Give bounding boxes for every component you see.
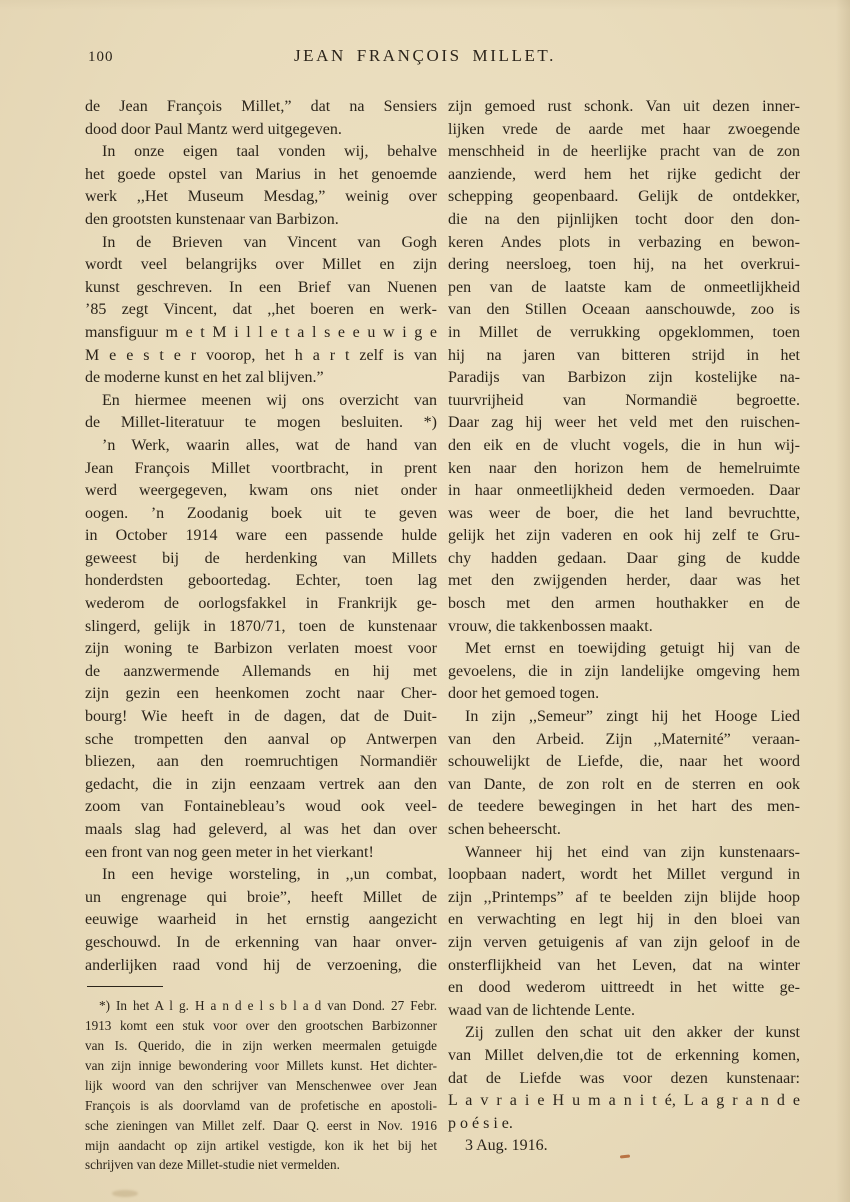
paragraph: ’n Werk, waarin alles, wat de hand vanJe… (85, 435, 437, 864)
text-line: wederom de oorlogsfakkel in Frankrijk ge… (85, 593, 437, 616)
right-column: zijn gemoed rust schonk. Van uit dezen i… (448, 96, 800, 1158)
text-line: bourg! Wie heeft in de dagen, dat de Dui… (85, 706, 437, 729)
text-line: werk ,,Het Museum Mesdag,” weinig over (85, 186, 437, 209)
paper-smudge (112, 1190, 138, 1197)
text-line: lijken vrede de aarde met haar zwoegende (448, 119, 800, 142)
text-line: den grootsten kunstenaar van Barbizon. (85, 209, 437, 232)
text-line: tuurvrijheid van Normandië begroette. (448, 390, 800, 413)
text-line: Zij zullen den schat uit den akker der k… (448, 1022, 800, 1045)
text-line: In een hevige worsteling, in ,,un combat… (85, 864, 437, 887)
text-line: ken naar den horizon hem de hemelruimte (448, 458, 800, 481)
text-line: Daar zag hij weer het veld met den ruisc… (448, 412, 800, 435)
text-line: van Millet delven,die tot de erkenning k… (448, 1045, 800, 1068)
text-line: van Dante, de zon rolt en de sterren en … (448, 774, 800, 797)
text-line: hij na jaren van bitteren strijd in het (448, 345, 800, 368)
text-line: bliezen, aan den roemruchtigen Normandië… (85, 751, 437, 774)
text-line: sche zieningen van Millet zelf. Daar Q. … (85, 1116, 437, 1136)
text-line: een front van nog geen meter in het vier… (85, 842, 437, 865)
text-line: den eik en de vlucht vogels, die in hun … (448, 435, 800, 458)
text-line: Paradijs van Barbizon zijn kostelijke na… (448, 367, 800, 390)
text-line: de Jean François Millet,” dat na Sensier… (85, 96, 437, 119)
text-line: bosch met den armen houthakker en de (448, 593, 800, 616)
text-line: in haar onmeetlijkheid deden vermoeden. … (448, 480, 800, 503)
text-line: schepping geopenbaard. Gelijk de ontdekk… (448, 186, 800, 209)
paragraph: In de Brieven van Vincent van Goghwordt … (85, 232, 437, 390)
text-line: loopbaan nadert, wordt het Millet vergun… (448, 864, 800, 887)
text-line: in Millet de verrukking opgeklommen, toe… (448, 322, 800, 345)
text-line: schrijven van deze Millet-studie niet ve… (85, 1155, 437, 1175)
text-line: mijn aandacht op zijn artikel vestigde, … (85, 1136, 437, 1156)
text-line: van zijn innige bewondering voor Millets… (85, 1056, 437, 1076)
text-line: eeuwige waarheid in het ernstig aangezic… (85, 909, 437, 932)
text-line: M e e s t e r voorop, het h a r t zelf i… (85, 345, 437, 368)
paragraph-footnote: *) In het A l g. H a n d e l s b l a d v… (85, 996, 437, 1175)
text-line: 1913 komt een stuk voor over den grootsc… (85, 1016, 437, 1036)
text-line: werd weergegeven, kwam ons niet onder (85, 480, 437, 503)
text-line: zijn ,,Printemps” af te beelden zijn bli… (448, 887, 800, 910)
paragraph: En hiermee meenen wij ons overzicht vand… (85, 390, 437, 435)
text-line: het goede opstel van Marius in het genoe… (85, 164, 437, 187)
text-line: En hiermee meenen wij ons overzicht van (85, 390, 437, 413)
text-line: dering neersloeg, toen hij, na het overk… (448, 254, 800, 277)
text-line: menschheid in de heerlijke pracht van de… (448, 141, 800, 164)
text-line: anderlijken raad vond hij de verzoening,… (85, 955, 437, 978)
text-columns: de Jean François Millet,” dat na Sensier… (85, 96, 800, 1175)
text-line: was weer de boer, die het land bevruchtt… (448, 503, 800, 526)
text-line: schouwelijkt de Liefde, die, naar het wo… (448, 751, 800, 774)
text-line: honderdsten geboortedag. Echter, toen la… (85, 570, 437, 593)
paragraph: Zij zullen den schat uit den akker der k… (448, 1022, 800, 1135)
page-header: 100 JEAN FRANÇOIS MILLET. (0, 46, 850, 70)
text-line: In de Brieven van Vincent van Gogh (85, 232, 437, 255)
text-line: gedacht, die in zijn eenzaam vertrek aan… (85, 774, 437, 797)
text-line: en dood wederom uittreedt in het witte g… (448, 977, 800, 1000)
text-line: In zijn ,,Semeur” zingt hij het Hooge Li… (448, 706, 800, 729)
text-line: François is als doorvlamd van de profeti… (85, 1096, 437, 1116)
text-line: de aanzwermende Allemands en hij met (85, 661, 437, 684)
footnote-rule (87, 986, 163, 987)
text-line: ’n Werk, waarin alles, wat de hand van (85, 435, 437, 458)
text-line: dat de Liefde was voor dezen kunstenaar: (448, 1068, 800, 1091)
text-line: zijn gezin een heenkomen zocht naar Cher… (85, 683, 437, 706)
text-line: sche trompetten den aanval op Antwerpen (85, 729, 437, 752)
text-line: zijn gemoed rust schonk. Van uit dezen i… (448, 96, 800, 119)
text-line: de Millet-literatuur te mogen besluiten.… (85, 412, 437, 435)
text-line: aanziende, werd hem het rijke gedicht de… (448, 164, 800, 187)
text-line: ’85 zegt Vincent, dat ,,het boeren en we… (85, 299, 437, 322)
text-line: met den zwijgenden herder, daar was het (448, 570, 800, 593)
text-line: gevoelens, die in zijn landelijke omgevi… (448, 661, 800, 684)
left-column: de Jean François Millet,” dat na Sensier… (85, 96, 437, 1175)
paragraph: In onze eigen taal vonden wij, behalvehe… (85, 141, 437, 231)
text-line: pen van de laatste kam de onmeetlijkheid (448, 277, 800, 300)
text-line: van den Stillen Oceaan aanschouwde, zoo … (448, 299, 800, 322)
text-line: maals slag had geleverd, al was het dan … (85, 819, 437, 842)
text-line: In onze eigen taal vonden wij, behalve (85, 141, 437, 164)
text-line: *) In het A l g. H a n d e l s b l a d v… (85, 996, 437, 1016)
paragraph: In zijn ,,Semeur” zingt hij het Hooge Li… (448, 706, 800, 842)
text-line: mansfiguur m e t M i l l e t a l s e e u… (85, 322, 437, 345)
text-line: van den Arbeid. Zijn ,,Maternité” veraan… (448, 729, 800, 752)
text-line: Met ernst en toewijding getuigt hij van … (448, 638, 800, 661)
text-line: un engrenage qui broie”, heeft Millet de (85, 887, 437, 910)
text-line: wordt veel belangrijks over Millet en zi… (85, 254, 437, 277)
text-line: oogen. ’n Zoodanig boek uit te geven (85, 503, 437, 526)
text-line: Jean François Millet voortbracht, in pre… (85, 458, 437, 481)
book-page: 100 JEAN FRANÇOIS MILLET. de Jean Franço… (0, 0, 850, 1202)
paragraph: In een hevige worsteling, in ,,un combat… (85, 864, 437, 977)
text-line: keren Andes plots in verbazing en bewon- (448, 232, 800, 255)
text-line: Wanneer hij het eind van zijn kunstenaar… (448, 842, 800, 865)
paragraph: de Jean François Millet,” dat na Sensier… (85, 96, 437, 141)
text-line: kunst geschreven. In een Brief van Nuene… (85, 277, 437, 300)
text-line: p o é s i e. (448, 1113, 800, 1136)
text-line: zijn woning te Barbizon verlaten moest v… (85, 638, 437, 661)
text-line: door het gemoed togen. (448, 683, 800, 706)
text-line: gelijk het zijn vaderen en ook hij zelf … (448, 525, 800, 548)
text-line: waad van de lichtende Lente. (448, 1000, 800, 1023)
running-head-title: JEAN FRANÇOIS MILLET. (0, 46, 850, 66)
paragraph: Met ernst en toewijding getuigt hij van … (448, 638, 800, 706)
text-line: schen beheerscht. (448, 819, 800, 842)
text-line: zijn verven getuigenis af van zijn geloo… (448, 932, 800, 955)
text-line: en verwachting en legt hij in den bloei … (448, 909, 800, 932)
text-line: de moderne kunst en het zal blijven.” (85, 367, 437, 390)
text-line: die na den pijnlijken tocht door den don… (448, 209, 800, 232)
text-line: L a v r a i e H u m a n i t é, L a g r a… (448, 1090, 800, 1113)
text-line: slingerd, gelijk in 1870/71, toen de kun… (85, 616, 437, 639)
text-line: dood door Paul Mantz werd uitgegeven. (85, 119, 437, 142)
text-line: onsterflijkheid van het Leven, dat na wi… (448, 955, 800, 978)
text-line: van Is. Querido, die in zijn werken meer… (85, 1036, 437, 1056)
text-line: chy hadden gedaan. Daar ging de kudde (448, 548, 800, 571)
text-line: de teedere bewegingen in het hart des me… (448, 796, 800, 819)
text-line: geweest bij de herdenking van Millets (85, 548, 437, 571)
paragraph: Wanneer hij het eind van zijn kunstenaar… (448, 842, 800, 1023)
text-line: zoom van Fontainebleau’s woud ook veel- (85, 796, 437, 819)
text-line: geschouwd. In de erkenning van haar onve… (85, 932, 437, 955)
footnote: *) In het A l g. H a n d e l s b l a d v… (85, 996, 437, 1175)
text-line: in October 1914 ware een passende hulde (85, 525, 437, 548)
text-line: vrouw, die takkenbossen maakt. (448, 616, 800, 639)
paragraph: zijn gemoed rust schonk. Van uit dezen i… (448, 96, 800, 638)
text-line: lijk woord van den schrijver van Mensche… (85, 1076, 437, 1096)
